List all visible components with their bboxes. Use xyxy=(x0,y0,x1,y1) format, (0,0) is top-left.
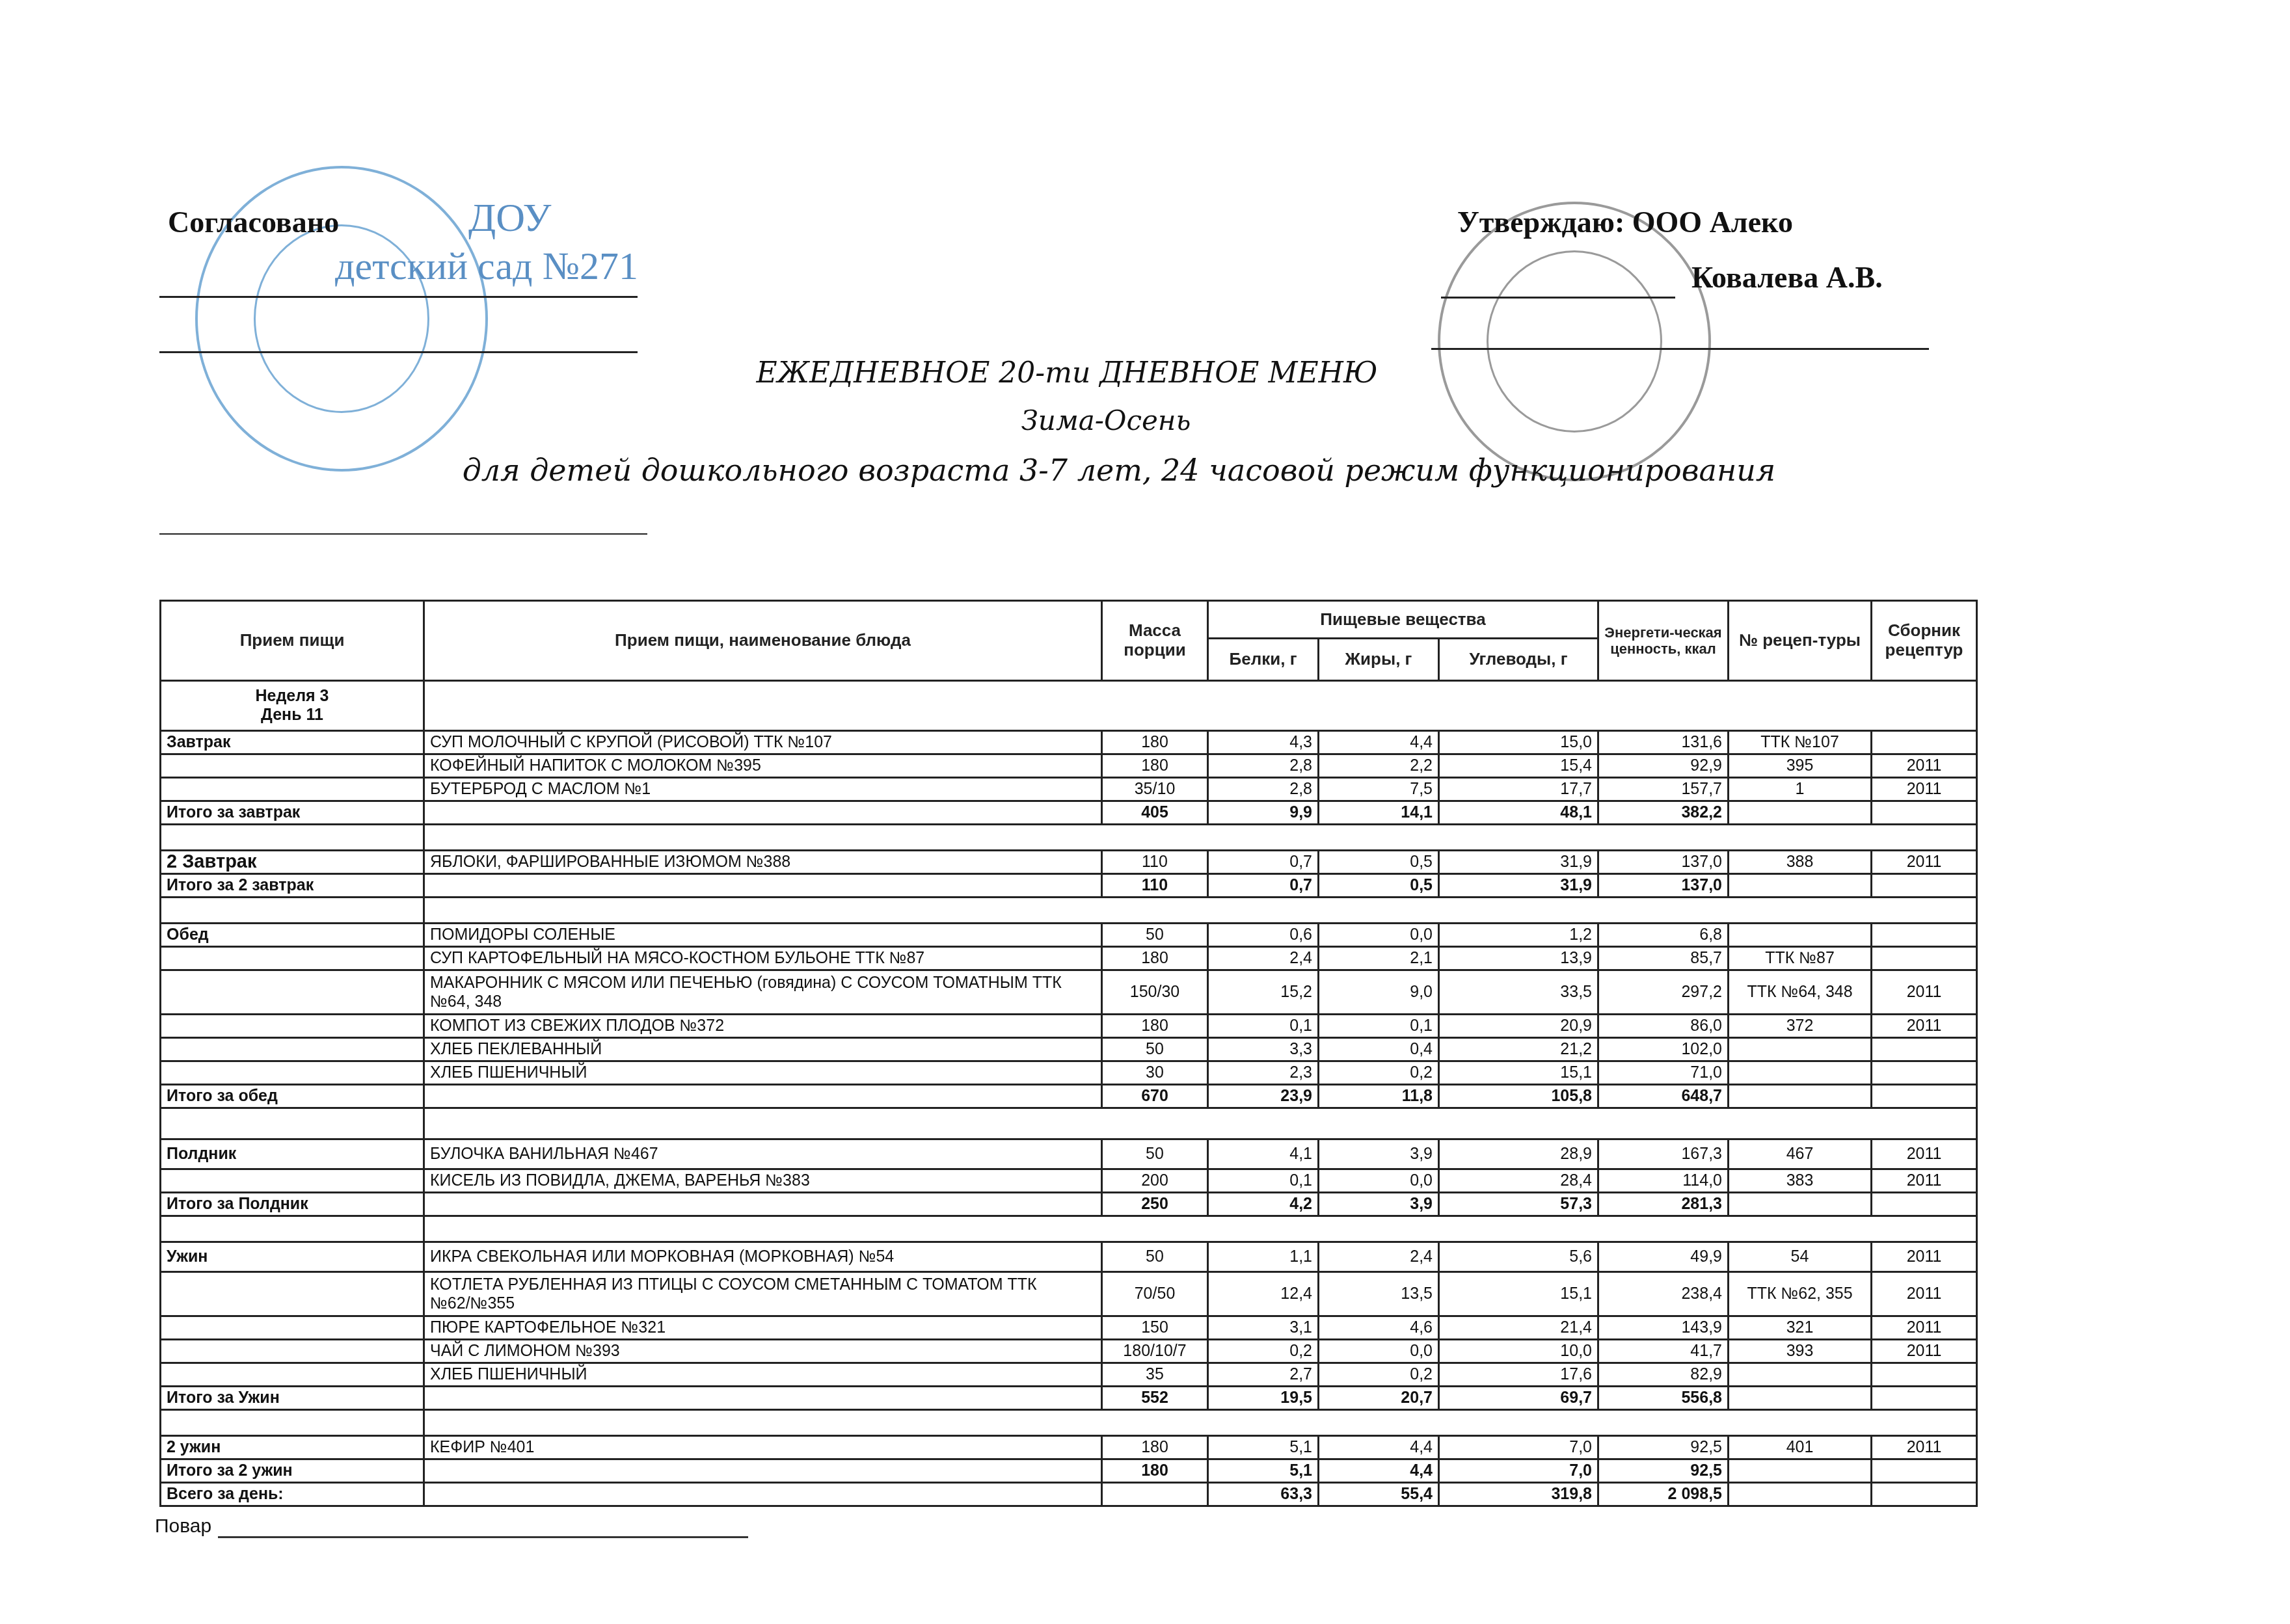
energy-cell: 92,5 xyxy=(1598,1459,1729,1483)
carbs-cell: 7,0 xyxy=(1439,1459,1598,1483)
approved-sign-line-2 xyxy=(1431,348,1929,350)
meal-name: Обед xyxy=(161,924,424,947)
protein-cell: 0,1 xyxy=(1208,1015,1319,1038)
spacer-meal-cell xyxy=(161,1216,424,1242)
table-row: ЧАЙ С ЛИМОНОМ №393180/10/70,20,010,041,7… xyxy=(161,1340,1977,1363)
dish-name: ХЛЕБ ПШЕНИЧНЫЙ xyxy=(424,1061,1102,1085)
energy-cell: 6,8 xyxy=(1598,924,1729,947)
carbs-cell: 105,8 xyxy=(1439,1085,1598,1108)
carbs-cell: 15,0 xyxy=(1439,731,1598,754)
total-label: Всего за день: xyxy=(161,1483,424,1506)
carbs-cell: 17,7 xyxy=(1439,778,1598,801)
mass-cell: 670 xyxy=(1102,1085,1208,1108)
spacer-row xyxy=(161,1410,1977,1436)
fat-cell: 0,2 xyxy=(1319,1061,1439,1085)
spacer-row xyxy=(161,825,1977,851)
fat-cell: 0,2 xyxy=(1319,1363,1439,1387)
meal-name xyxy=(161,1038,424,1061)
header-protein: Белки, г xyxy=(1208,639,1319,681)
day-label: День 11 xyxy=(167,706,418,725)
collection-cell: 2011 xyxy=(1872,1015,1977,1038)
energy-cell: 556,8 xyxy=(1598,1387,1729,1410)
recipe-cell: 54 xyxy=(1729,1242,1872,1272)
table-row: КОТЛЕТА РУБЛЕННАЯ ИЗ ПТИЦЫ С СОУСОМ СМЕТ… xyxy=(161,1272,1977,1316)
mass-cell: 50 xyxy=(1102,1038,1208,1061)
fat-cell: 0,1 xyxy=(1319,1015,1439,1038)
collection-cell: 2011 xyxy=(1872,851,1977,874)
mass-cell: 180 xyxy=(1102,1436,1208,1459)
table-row: ХЛЕБ ПШЕНИЧНЫЙ302,30,215,171,0 xyxy=(161,1061,1977,1085)
energy-cell: 41,7 xyxy=(1598,1340,1729,1363)
mass-cell: 180 xyxy=(1102,731,1208,754)
collection-cell: 2011 xyxy=(1872,1139,1977,1169)
table-row: ПолдникБУЛОЧКА ВАНИЛЬНАЯ №467504,13,928,… xyxy=(161,1139,1977,1169)
protein-cell: 5,1 xyxy=(1208,1459,1319,1483)
mass-cell: 35/10 xyxy=(1102,778,1208,801)
meal-name: Полдник xyxy=(161,1139,424,1169)
collection-cell: 2011 xyxy=(1872,1436,1977,1459)
meal-name xyxy=(161,1363,424,1387)
meal-name xyxy=(161,1272,424,1316)
energy-cell: 382,2 xyxy=(1598,801,1729,825)
table-row: ХЛЕБ ПЕКЛЕВАННЫЙ503,30,421,2102,0 xyxy=(161,1038,1977,1061)
recipe-cell xyxy=(1729,801,1872,825)
dish-name: ЧАЙ С ЛИМОНОМ №393 xyxy=(424,1340,1102,1363)
collection-cell: 2011 xyxy=(1872,1272,1977,1316)
carbs-cell: 48,1 xyxy=(1439,801,1598,825)
collection-cell xyxy=(1872,1387,1977,1410)
spacer-cell xyxy=(424,1410,1977,1436)
energy-cell: 92,9 xyxy=(1598,754,1729,778)
agreed-label: Согласовано xyxy=(168,205,339,239)
dish-name: СУП МОЛОЧНЫЙ С КРУПОЙ (РИСОВОЙ) ТТК №107 xyxy=(424,731,1102,754)
table-row: ПЮРЕ КАРТОФЕЛЬНОЕ №3211503,14,621,4143,9… xyxy=(161,1316,1977,1340)
table-row: МАКАРОННИК С МЯСОМ ИЛИ ПЕЧЕНЬЮ (говядина… xyxy=(161,970,1977,1015)
table-row: УжинИКРА СВЕКОЛЬНАЯ ИЛИ МОРКОВНАЯ (МОРКО… xyxy=(161,1242,1977,1272)
mass-cell: 250 xyxy=(1102,1193,1208,1216)
energy-cell: 71,0 xyxy=(1598,1061,1729,1085)
fat-cell: 4,4 xyxy=(1319,1436,1439,1459)
mass-cell: 180 xyxy=(1102,1015,1208,1038)
carbs-cell: 10,0 xyxy=(1439,1340,1598,1363)
energy-cell: 114,0 xyxy=(1598,1169,1729,1193)
protein-cell: 0,2 xyxy=(1208,1340,1319,1363)
collection-cell: 2011 xyxy=(1872,1340,1977,1363)
carbs-cell: 15,1 xyxy=(1439,1272,1598,1316)
total-label: Итого за 2 завтрак xyxy=(161,874,424,898)
carbs-cell: 28,9 xyxy=(1439,1139,1598,1169)
total-row: Итого за завтрак4059,914,148,1382,2 xyxy=(161,801,1977,825)
carbs-cell: 33,5 xyxy=(1439,970,1598,1015)
recipe-cell: 388 xyxy=(1729,851,1872,874)
recipe-cell: ТТК №64, 348 xyxy=(1729,970,1872,1015)
total-row: Итого за 2 ужин1805,14,47,092,5 xyxy=(161,1459,1977,1483)
dish-name: КОФЕЙНЫЙ НАПИТОК С МОЛОКОМ №395 xyxy=(424,754,1102,778)
mass-cell: 50 xyxy=(1102,1242,1208,1272)
collection-cell: 2011 xyxy=(1872,1169,1977,1193)
approved-label: Утверждаю: ООО Алеко xyxy=(1457,205,1793,239)
recipe-cell xyxy=(1729,874,1872,898)
table-row: БУТЕРБРОД С МАСЛОМ №135/102,87,517,7157,… xyxy=(161,778,1977,801)
fat-cell: 0,4 xyxy=(1319,1038,1439,1061)
header-fat: Жиры, г xyxy=(1319,639,1439,681)
mass-cell: 405 xyxy=(1102,801,1208,825)
energy-cell: 102,0 xyxy=(1598,1038,1729,1061)
recipe-cell xyxy=(1729,1038,1872,1061)
carbs-cell: 13,9 xyxy=(1439,947,1598,970)
approved-sign-line-1 xyxy=(1441,297,1675,299)
dish-name: БУЛОЧКА ВАНИЛЬНАЯ №467 xyxy=(424,1139,1102,1169)
meal-name xyxy=(161,970,424,1015)
dish-name: ИКРА СВЕКОЛЬНАЯ ИЛИ МОРКОВНАЯ (МОРКОВНАЯ… xyxy=(424,1242,1102,1272)
dish-name xyxy=(424,801,1102,825)
energy-cell: 137,0 xyxy=(1598,851,1729,874)
recipe-cell: 1 xyxy=(1729,778,1872,801)
week-day-empty xyxy=(424,681,1977,731)
mass-cell: 110 xyxy=(1102,851,1208,874)
recipe-cell: ТТК №107 xyxy=(1729,731,1872,754)
fat-cell: 4,4 xyxy=(1319,731,1439,754)
carbs-cell: 15,4 xyxy=(1439,754,1598,778)
agreed-sign-line-1 xyxy=(159,296,638,298)
table-row: ЗавтракСУП МОЛОЧНЫЙ С КРУПОЙ (РИСОВОЙ) Т… xyxy=(161,731,1977,754)
mass-cell: 50 xyxy=(1102,924,1208,947)
recipe-cell: 321 xyxy=(1729,1316,1872,1340)
collection-cell xyxy=(1872,1459,1977,1483)
table-row: 2 ужинКЕФИР №4011805,14,47,092,54012011 xyxy=(161,1436,1977,1459)
carbs-cell: 319,8 xyxy=(1439,1483,1598,1506)
dish-name xyxy=(424,874,1102,898)
table-row: ХЛЕБ ПШЕНИЧНЫЙ352,70,217,682,9 xyxy=(161,1363,1977,1387)
recipe-cell: 372 xyxy=(1729,1015,1872,1038)
meal-name: Завтрак xyxy=(161,731,424,754)
protein-cell: 0,1 xyxy=(1208,1169,1319,1193)
spacer-cell xyxy=(424,898,1977,924)
energy-cell: 82,9 xyxy=(1598,1363,1729,1387)
carbs-cell: 31,9 xyxy=(1439,874,1598,898)
collection-cell: 2011 xyxy=(1872,754,1977,778)
dish-name: ХЛЕБ ПЕКЛЕВАННЫЙ xyxy=(424,1038,1102,1061)
recipe-cell: 393 xyxy=(1729,1340,1872,1363)
header-meal: Прием пищи xyxy=(161,601,424,681)
total-row: Итого за обед67023,911,8105,8648,7 xyxy=(161,1085,1977,1108)
dish-name: КИСЕЛЬ ИЗ ПОВИДЛА, ДЖЕМА, ВАРЕНЬЯ №383 xyxy=(424,1169,1102,1193)
collection-cell xyxy=(1872,1085,1977,1108)
spacer-meal-cell xyxy=(161,1410,424,1436)
mass-cell: 70/50 xyxy=(1102,1272,1208,1316)
fat-cell: 0,5 xyxy=(1319,851,1439,874)
fat-cell: 0,5 xyxy=(1319,874,1439,898)
meal-name: Ужин xyxy=(161,1242,424,1272)
mass-cell: 180 xyxy=(1102,754,1208,778)
stamp-org-line1: ДОУ xyxy=(468,195,551,241)
dish-name xyxy=(424,1387,1102,1410)
agreed-sign-line-3 xyxy=(159,533,647,535)
collection-cell xyxy=(1872,947,1977,970)
menu-subtitle: для детей дошкольного возраста 3-7 лет, … xyxy=(0,453,2264,488)
meal-name xyxy=(161,1316,424,1340)
recipe-cell xyxy=(1729,1061,1872,1085)
collection-cell xyxy=(1872,1483,1977,1506)
approved-name: Ковалева А.В. xyxy=(1691,260,1883,295)
stamp-org-line2: детский сад №271 xyxy=(335,244,638,289)
total-label: Итого за Полдник xyxy=(161,1193,424,1216)
recipe-cell xyxy=(1729,1387,1872,1410)
mass-cell xyxy=(1102,1483,1208,1506)
protein-cell: 5,1 xyxy=(1208,1436,1319,1459)
spacer-row xyxy=(161,1108,1977,1139)
collection-cell xyxy=(1872,1193,1977,1216)
energy-cell: 131,6 xyxy=(1598,731,1729,754)
fat-cell: 4,6 xyxy=(1319,1316,1439,1340)
mass-cell: 35 xyxy=(1102,1363,1208,1387)
carbs-cell: 31,9 xyxy=(1439,851,1598,874)
fat-cell: 20,7 xyxy=(1319,1387,1439,1410)
table-row: 2 ЗавтракЯБЛОКИ, ФАРШИРОВАННЫЕ ИЗЮМОМ №3… xyxy=(161,851,1977,874)
fat-cell: 4,4 xyxy=(1319,1459,1439,1483)
meal-name xyxy=(161,1169,424,1193)
spacer-row xyxy=(161,898,1977,924)
recipe-cell xyxy=(1729,1363,1872,1387)
protein-cell: 12,4 xyxy=(1208,1272,1319,1316)
week-day-row: Неделя 3 День 11 xyxy=(161,681,1977,731)
energy-cell: 167,3 xyxy=(1598,1139,1729,1169)
dish-name xyxy=(424,1193,1102,1216)
meal-name xyxy=(161,754,424,778)
week-label: Неделя 3 xyxy=(167,687,418,706)
carbs-cell: 17,6 xyxy=(1439,1363,1598,1387)
mass-cell: 180 xyxy=(1102,947,1208,970)
recipe-cell: 401 xyxy=(1729,1436,1872,1459)
dish-name xyxy=(424,1085,1102,1108)
table-row: КОМПОТ ИЗ СВЕЖИХ ПЛОДОВ №3721800,10,120,… xyxy=(161,1015,1977,1038)
carbs-cell: 21,4 xyxy=(1439,1316,1598,1340)
meal-name xyxy=(161,1340,424,1363)
protein-cell: 2,8 xyxy=(1208,778,1319,801)
fat-cell: 14,1 xyxy=(1319,801,1439,825)
fat-cell: 3,9 xyxy=(1319,1139,1439,1169)
recipe-cell xyxy=(1729,1483,1872,1506)
total-row: Итого за Полдник2504,23,957,3281,3 xyxy=(161,1193,1977,1216)
total-row: Итого за 2 завтрак1100,70,531,9137,0 xyxy=(161,874,1977,898)
collection-cell xyxy=(1872,1038,1977,1061)
dish-name: ПЮРЕ КАРТОФЕЛЬНОЕ №321 xyxy=(424,1316,1102,1340)
dish-name: КОМПОТ ИЗ СВЕЖИХ ПЛОДОВ №372 xyxy=(424,1015,1102,1038)
meal-name xyxy=(161,947,424,970)
fat-cell: 9,0 xyxy=(1319,970,1439,1015)
fat-cell: 55,4 xyxy=(1319,1483,1439,1506)
dish-name: ПОМИДОРЫ СОЛЕНЫЕ xyxy=(424,924,1102,947)
protein-cell: 2,4 xyxy=(1208,947,1319,970)
recipe-cell: 383 xyxy=(1729,1169,1872,1193)
total-label: Итого за 2 ужин xyxy=(161,1459,424,1483)
dish-name xyxy=(424,1483,1102,1506)
agreed-sign-line-2 xyxy=(159,351,638,353)
protein-cell: 23,9 xyxy=(1208,1085,1319,1108)
spacer-meal-cell xyxy=(161,898,424,924)
protein-cell: 0,6 xyxy=(1208,924,1319,947)
mass-cell: 30 xyxy=(1102,1061,1208,1085)
protein-cell: 9,9 xyxy=(1208,801,1319,825)
spacer-cell xyxy=(424,1216,1977,1242)
spacer-cell xyxy=(424,825,1977,851)
carbs-cell: 5,6 xyxy=(1439,1242,1598,1272)
total-row: Всего за день:63,355,4319,82 098,5 xyxy=(161,1483,1977,1506)
table-row: ОбедПОМИДОРЫ СОЛЕНЫЕ500,60,01,26,8 xyxy=(161,924,1977,947)
energy-cell: 648,7 xyxy=(1598,1085,1729,1108)
header-carbs: Углеводы, г xyxy=(1439,639,1598,681)
menu-title: ЕЖЕДНЕВНОЕ 20-ти ДНЕВНОЕ МЕНЮ xyxy=(0,356,2212,390)
mass-cell: 552 xyxy=(1102,1387,1208,1410)
protein-cell: 0,7 xyxy=(1208,851,1319,874)
fat-cell: 13,5 xyxy=(1319,1272,1439,1316)
meal-name xyxy=(161,1015,424,1038)
table-row: КИСЕЛЬ ИЗ ПОВИДЛА, ДЖЕМА, ВАРЕНЬЯ №38320… xyxy=(161,1169,1977,1193)
energy-cell: 2 098,5 xyxy=(1598,1483,1729,1506)
energy-cell: 297,2 xyxy=(1598,970,1729,1015)
fat-cell: 7,5 xyxy=(1319,778,1439,801)
header-nutrients: Пищевые вещества xyxy=(1208,601,1598,639)
total-label: Итого за обед xyxy=(161,1085,424,1108)
mass-cell: 200 xyxy=(1102,1169,1208,1193)
collection-cell: 2011 xyxy=(1872,970,1977,1015)
energy-cell: 281,3 xyxy=(1598,1193,1729,1216)
fat-cell: 2,1 xyxy=(1319,947,1439,970)
fat-cell: 0,0 xyxy=(1319,1340,1439,1363)
fat-cell: 11,8 xyxy=(1319,1085,1439,1108)
recipe-cell xyxy=(1729,1085,1872,1108)
cook-sign-line xyxy=(218,1536,748,1538)
recipe-cell xyxy=(1729,1193,1872,1216)
collection-cell xyxy=(1872,731,1977,754)
meal-name xyxy=(161,778,424,801)
energy-cell: 143,9 xyxy=(1598,1316,1729,1340)
header-energy: Энергети-ческая ценность, ккал xyxy=(1598,601,1729,681)
fat-cell: 3,9 xyxy=(1319,1193,1439,1216)
recipe-cell: ТТК №62, 355 xyxy=(1729,1272,1872,1316)
meal-name xyxy=(161,1061,424,1085)
header-mass: Масса порции xyxy=(1102,601,1208,681)
total-label: Итого за завтрак xyxy=(161,801,424,825)
collection-cell: 2011 xyxy=(1872,1316,1977,1340)
carbs-cell: 69,7 xyxy=(1439,1387,1598,1410)
header-recipe-no: № рецеп-туры xyxy=(1729,601,1872,681)
collection-cell xyxy=(1872,1061,1977,1085)
mass-cell: 150 xyxy=(1102,1316,1208,1340)
carbs-cell: 1,2 xyxy=(1439,924,1598,947)
dish-name xyxy=(424,1459,1102,1483)
recipe-cell: ТТК №87 xyxy=(1729,947,1872,970)
protein-cell: 2,3 xyxy=(1208,1061,1319,1085)
carbs-cell: 21,2 xyxy=(1439,1038,1598,1061)
mass-cell: 180 xyxy=(1102,1459,1208,1483)
energy-cell: 49,9 xyxy=(1598,1242,1729,1272)
energy-cell: 92,5 xyxy=(1598,1436,1729,1459)
spacer-row xyxy=(161,1216,1977,1242)
recipe-cell xyxy=(1729,924,1872,947)
protein-cell: 63,3 xyxy=(1208,1483,1319,1506)
mass-cell: 110 xyxy=(1102,874,1208,898)
energy-cell: 157,7 xyxy=(1598,778,1729,801)
header-collection: Сборник рецептур xyxy=(1872,601,1977,681)
energy-cell: 86,0 xyxy=(1598,1015,1729,1038)
collection-cell xyxy=(1872,924,1977,947)
cook-label: Повар xyxy=(155,1515,211,1537)
carbs-cell: 15,1 xyxy=(1439,1061,1598,1085)
fat-cell: 0,0 xyxy=(1319,1169,1439,1193)
table-row: СУП КАРТОФЕЛЬНЫЙ НА МЯСО-КОСТНОМ БУЛЬОНЕ… xyxy=(161,947,1977,970)
recipe-cell xyxy=(1729,1459,1872,1483)
protein-cell: 3,3 xyxy=(1208,1038,1319,1061)
table-row: КОФЕЙНЫЙ НАПИТОК С МОЛОКОМ №3951802,82,2… xyxy=(161,754,1977,778)
total-label: Итого за Ужин xyxy=(161,1387,424,1410)
protein-cell: 0,7 xyxy=(1208,874,1319,898)
protein-cell: 2,7 xyxy=(1208,1363,1319,1387)
protein-cell: 2,8 xyxy=(1208,754,1319,778)
dish-name: БУТЕРБРОД С МАСЛОМ №1 xyxy=(424,778,1102,801)
menu-table: Прием пищи Прием пищи, наименование блюд… xyxy=(159,600,1978,1507)
recipe-cell: 395 xyxy=(1729,754,1872,778)
dish-name: ЯБЛОКИ, ФАРШИРОВАННЫЕ ИЗЮМОМ №388 xyxy=(424,851,1102,874)
carbs-cell: 7,0 xyxy=(1439,1436,1598,1459)
dish-name: СУП КАРТОФЕЛЬНЫЙ НА МЯСО-КОСТНОМ БУЛЬОНЕ… xyxy=(424,947,1102,970)
total-row: Итого за Ужин55219,520,769,7556,8 xyxy=(161,1387,1977,1410)
mass-cell: 150/30 xyxy=(1102,970,1208,1015)
dish-name: КОТЛЕТА РУБЛЕННАЯ ИЗ ПТИЦЫ С СОУСОМ СМЕТ… xyxy=(424,1272,1102,1316)
header-dish: Прием пищи, наименование блюда xyxy=(424,601,1102,681)
protein-cell: 1,1 xyxy=(1208,1242,1319,1272)
meal-name: 2 Завтрак xyxy=(161,851,424,874)
mass-cell: 50 xyxy=(1102,1139,1208,1169)
dish-name: КЕФИР №401 xyxy=(424,1436,1102,1459)
collection-cell: 2011 xyxy=(1872,778,1977,801)
collection-cell xyxy=(1872,1363,1977,1387)
fat-cell: 2,2 xyxy=(1319,754,1439,778)
spacer-cell xyxy=(424,1108,1977,1139)
menu-season: Зима-Осень xyxy=(0,405,2251,436)
collection-cell xyxy=(1872,801,1977,825)
dish-name: ХЛЕБ ПШЕНИЧНЫЙ xyxy=(424,1363,1102,1387)
protein-cell: 15,2 xyxy=(1208,970,1319,1015)
spacer-meal-cell xyxy=(161,1108,424,1139)
protein-cell: 4,1 xyxy=(1208,1139,1319,1169)
protein-cell: 4,2 xyxy=(1208,1193,1319,1216)
protein-cell: 3,1 xyxy=(1208,1316,1319,1340)
dish-name: МАКАРОННИК С МЯСОМ ИЛИ ПЕЧЕНЬЮ (говядина… xyxy=(424,970,1102,1015)
protein-cell: 19,5 xyxy=(1208,1387,1319,1410)
recipe-cell: 467 xyxy=(1729,1139,1872,1169)
fat-cell: 0,0 xyxy=(1319,924,1439,947)
spacer-meal-cell xyxy=(161,825,424,851)
energy-cell: 137,0 xyxy=(1598,874,1729,898)
week-day-cell: Неделя 3 День 11 xyxy=(161,681,424,731)
fat-cell: 2,4 xyxy=(1319,1242,1439,1272)
protein-cell: 4,3 xyxy=(1208,731,1319,754)
carbs-cell: 57,3 xyxy=(1439,1193,1598,1216)
mass-cell: 180/10/7 xyxy=(1102,1340,1208,1363)
carbs-cell: 20,9 xyxy=(1439,1015,1598,1038)
collection-cell xyxy=(1872,874,1977,898)
energy-cell: 85,7 xyxy=(1598,947,1729,970)
collection-cell: 2011 xyxy=(1872,1242,1977,1272)
meal-name: 2 ужин xyxy=(161,1436,424,1459)
carbs-cell: 28,4 xyxy=(1439,1169,1598,1193)
energy-cell: 238,4 xyxy=(1598,1272,1729,1316)
